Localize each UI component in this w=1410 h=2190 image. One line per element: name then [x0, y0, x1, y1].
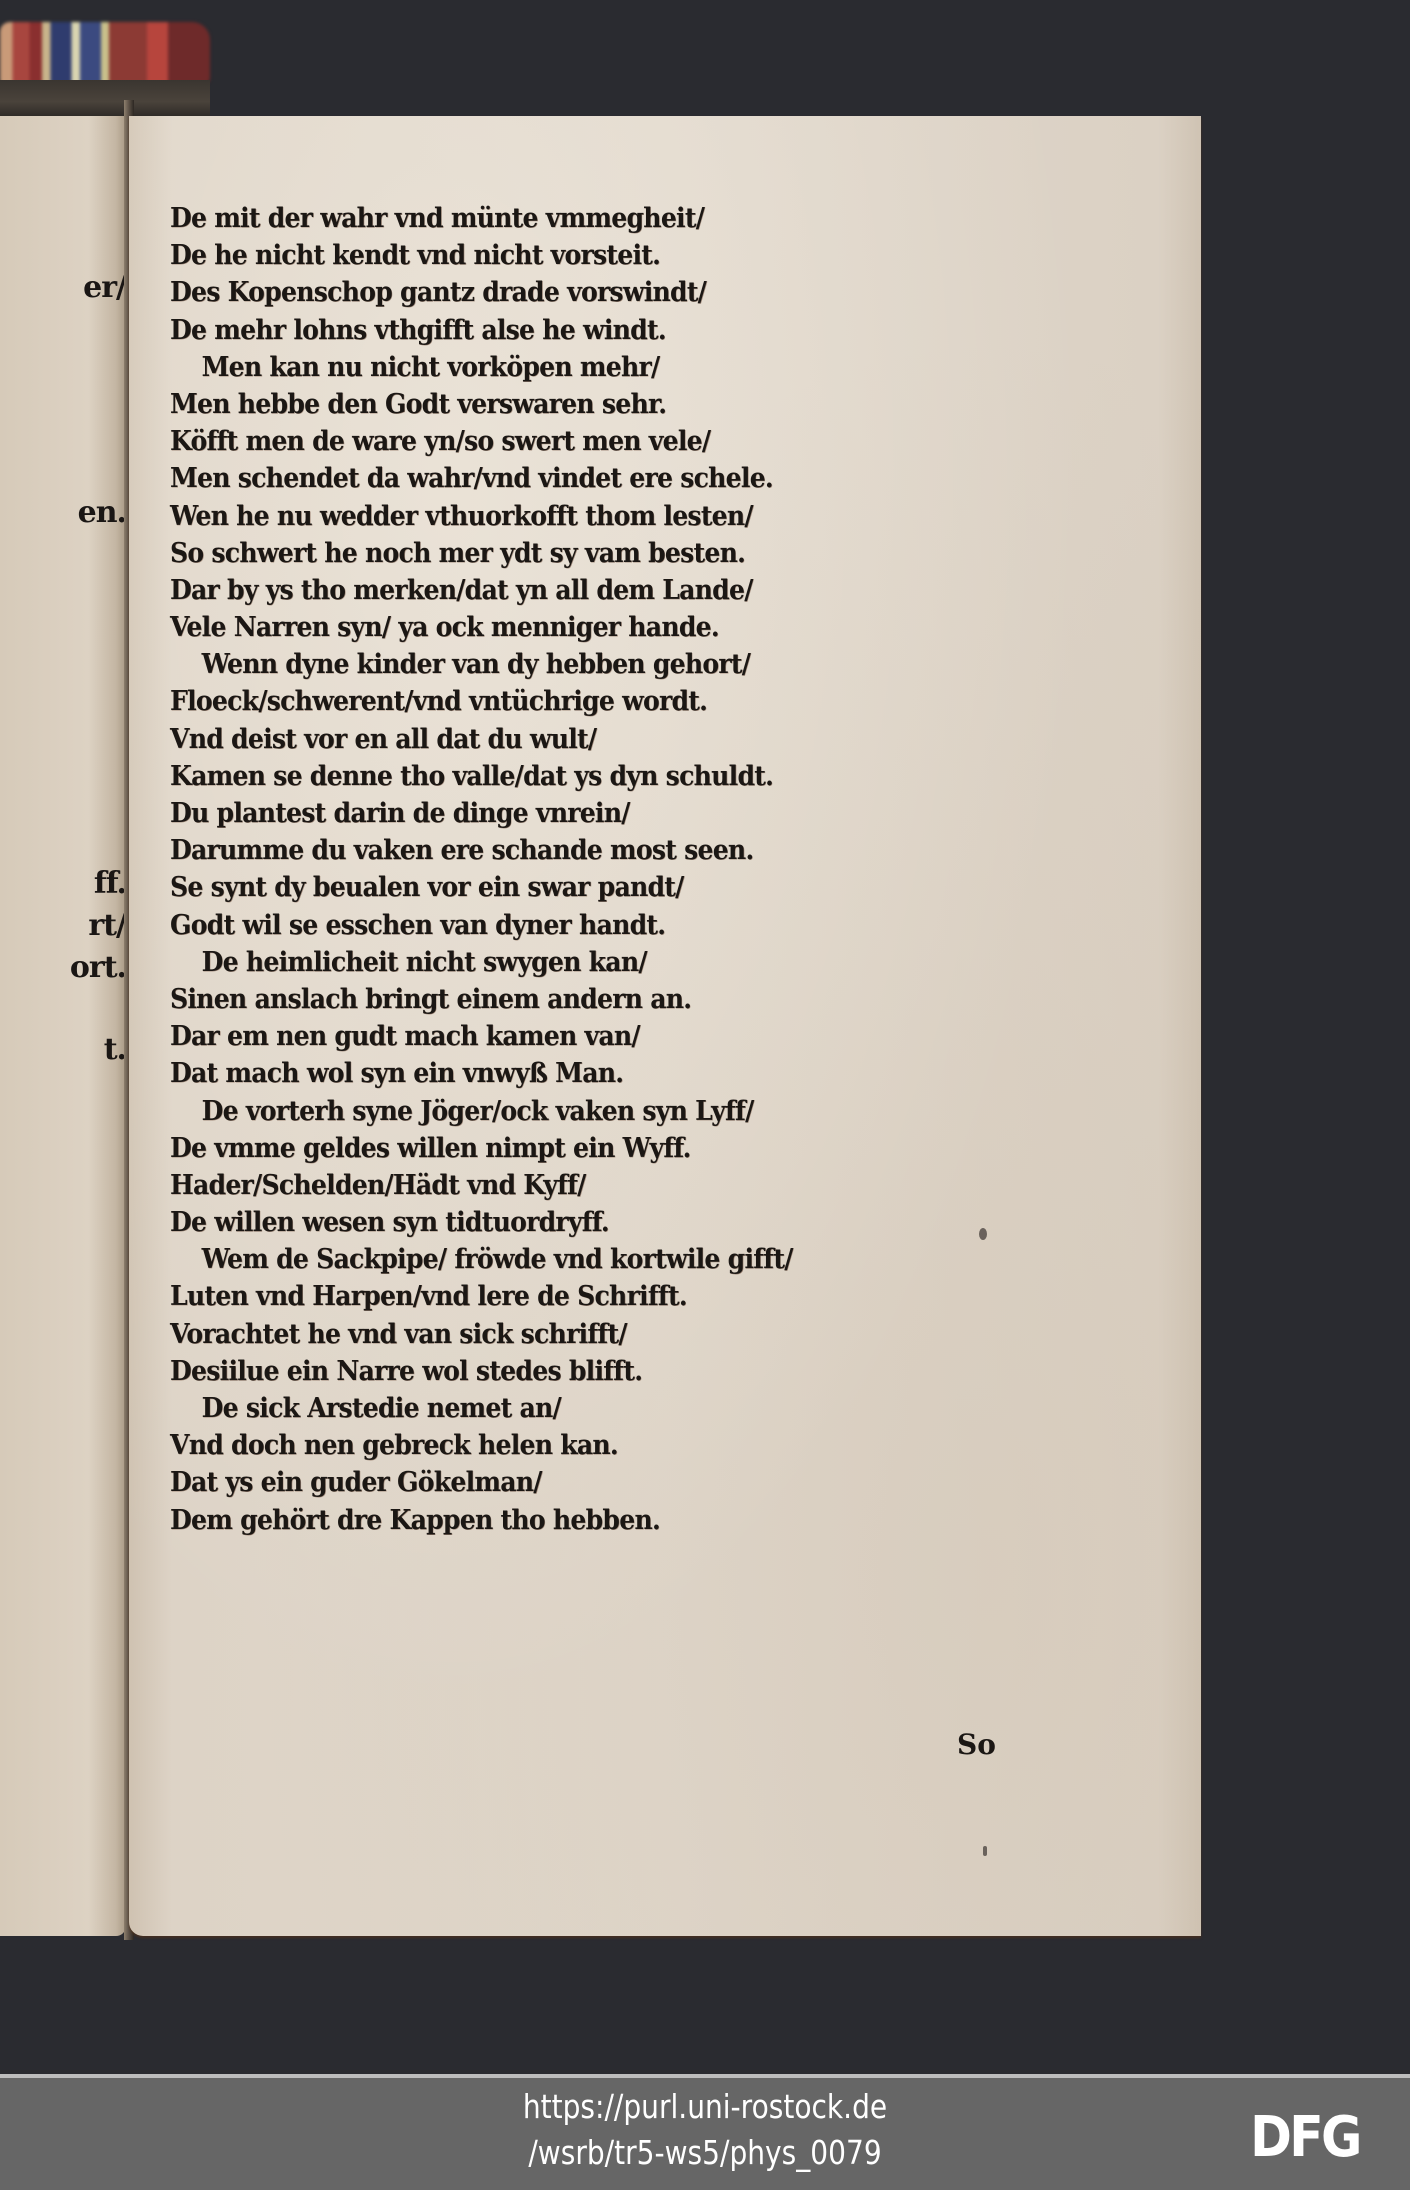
- text-line: Sinen anslach bringt einem andern an.: [170, 981, 1100, 1018]
- book-fore-edge-shadow: [0, 80, 210, 116]
- text-line: Wem de Sackpipe/ fröwde vnd kortwile gif…: [170, 1241, 1100, 1278]
- text-line: Köfft men de ware yn/so swert men vele/: [170, 423, 1100, 460]
- text-line: Kamen se denne tho valle/dat ys dyn schu…: [170, 758, 1100, 795]
- left-page: er/ en. ff. rt/ ort. t.: [0, 116, 126, 1936]
- left-fragment: ort.: [70, 950, 126, 985]
- scan-image: er/ en. ff. rt/ ort. t. De mit der wahr …: [0, 0, 1410, 2074]
- text-line: De vmme geldes willen nimpt ein Wyff.: [170, 1130, 1100, 1167]
- permalink[interactable]: https://purl.uni-rostock.de /wsrb/tr5-ws…: [106, 2084, 1305, 2176]
- left-fragment: en.: [78, 495, 126, 530]
- text-line: De willen wesen syn tidtuordryff.: [170, 1204, 1100, 1241]
- text-line: Hader/Schelden/Hädt vnd Kyff/: [170, 1167, 1100, 1204]
- text-line: Desiilue ein Narre wol stedes blifft.: [170, 1353, 1100, 1390]
- text-line: De he nicht kendt vnd nicht vorsteit.: [170, 237, 1100, 274]
- text-line: Se synt dy beualen vor ein swar pandt/: [170, 869, 1100, 906]
- text-line: Du plantest darin de dinge vnrein/: [170, 795, 1100, 832]
- footer-bar: https://purl.uni-rostock.de /wsrb/tr5-ws…: [0, 2074, 1410, 2190]
- text-line: Darumme du vaken ere schande most seen.: [170, 832, 1100, 869]
- permalink-line-2: /wsrb/tr5-ws5/phys_0079: [106, 2130, 1305, 2176]
- text-line: Dat mach wol syn ein vnwyß Man.: [170, 1055, 1100, 1092]
- text-line: Dat ys ein guder Gökelman/: [170, 1464, 1100, 1501]
- text-line: Men kan nu nicht vorköpen mehr/: [170, 349, 1100, 386]
- left-fragment: ff.: [94, 866, 126, 901]
- dfg-logo: DFG: [1250, 2108, 1360, 2168]
- left-fragment: rt/: [88, 908, 126, 943]
- ink-speck: [979, 1228, 987, 1240]
- text-line: Floeck/schwerent/vnd vntüchrige wordt.: [170, 683, 1100, 720]
- text-line: De mit der wahr vnd münte vmmegheit/: [170, 200, 1100, 237]
- text-line: Men schendet da wahr/vnd vindet ere sche…: [170, 460, 1100, 497]
- text-line: Luten vnd Harpen/vnd lere de Schrifft.: [170, 1278, 1100, 1315]
- text-line: Vele Narren syn/ ya ock menniger hande.: [170, 609, 1100, 646]
- right-page: De mit der wahr vnd münte vmmegheit/ De …: [129, 116, 1201, 1936]
- text-line: De vorterh syne Jöger/ock vaken syn Lyff…: [170, 1093, 1100, 1130]
- text-line: De mehr lohns vthgifft alse he windt.: [170, 312, 1100, 349]
- text-line: Men hebbe den Godt verswaren sehr.: [170, 386, 1100, 423]
- book-fore-edge: [0, 22, 210, 84]
- text-line: Vnd doch nen gebreck helen kan.: [170, 1427, 1100, 1464]
- text-line: Wenn dyne kinder van dy hebben gehort/: [170, 646, 1100, 683]
- text-line: Dar em nen gudt mach kamen van/: [170, 1018, 1100, 1055]
- permalink-line-1: https://purl.uni-rostock.de: [106, 2084, 1305, 2130]
- text-line: Dar by ys tho merken/dat yn all dem Land…: [170, 572, 1100, 609]
- page-text: De mit der wahr vnd münte vmmegheit/ De …: [170, 200, 1170, 1539]
- text-line: Wen he nu wedder vthuorkofft thom lesten…: [170, 498, 1100, 535]
- text-line: Vorachtet he vnd van sick schrifft/: [170, 1316, 1100, 1353]
- text-line: Godt wil se esschen van dyner handt.: [170, 907, 1100, 944]
- text-line: Vnd deist vor en all dat du wult/: [170, 721, 1100, 758]
- text-line: De heimlicheit nicht swygen kan/: [170, 944, 1100, 981]
- left-fragment: t.: [104, 1032, 126, 1067]
- ink-speck: [983, 1846, 987, 1856]
- text-line: De sick Arstedie nemet an/: [170, 1390, 1100, 1427]
- signature-mark: So: [957, 1728, 996, 1761]
- text-line: Des Kopenschop gantz drade vorswindt/: [170, 274, 1100, 311]
- text-line: Dem gehört dre Kappen tho hebben.: [170, 1502, 1100, 1539]
- text-line: So schwert he noch mer ydt sy vam besten…: [170, 535, 1100, 572]
- left-fragment: er/: [83, 270, 126, 305]
